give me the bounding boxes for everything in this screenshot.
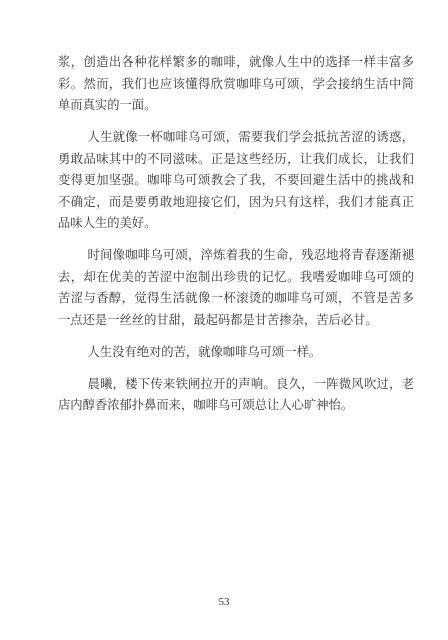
paragraph: 时间像咖啡乌可颂，淬炼着我的生命，残忍地将青春逐渐褪去，却在优美的苦涩中泡制出珍… <box>58 245 414 331</box>
paragraph: 人生就像一杯咖啡乌可颂，需要我们学会抵抗苦涩的诱惑，勇敢品味其中的不同滋味。正是… <box>58 127 414 235</box>
page-number: 53 <box>0 596 448 608</box>
paragraph: 晨曦，楼下传来铁闸拉开的声响。良久，一阵微风吹过，老店内醇香浓郁扑鼻而来，咖啡乌… <box>58 374 414 417</box>
paragraph: 人生没有绝对的苦，就像咖啡乌可颂一样。 <box>58 342 414 364</box>
text-body: 浆，创造出各种花样繁多的咖啡，就像人生中的选择一样丰富多彩。然而，我们也应该懂得… <box>58 52 414 427</box>
paragraph: 浆，创造出各种花样繁多的咖啡，就像人生中的选择一样丰富多彩。然而，我们也应该懂得… <box>58 52 414 117</box>
document-page: 浆，创造出各种花样繁多的咖啡，就像人生中的选择一样丰富多彩。然而，我们也应该懂得… <box>0 0 448 640</box>
